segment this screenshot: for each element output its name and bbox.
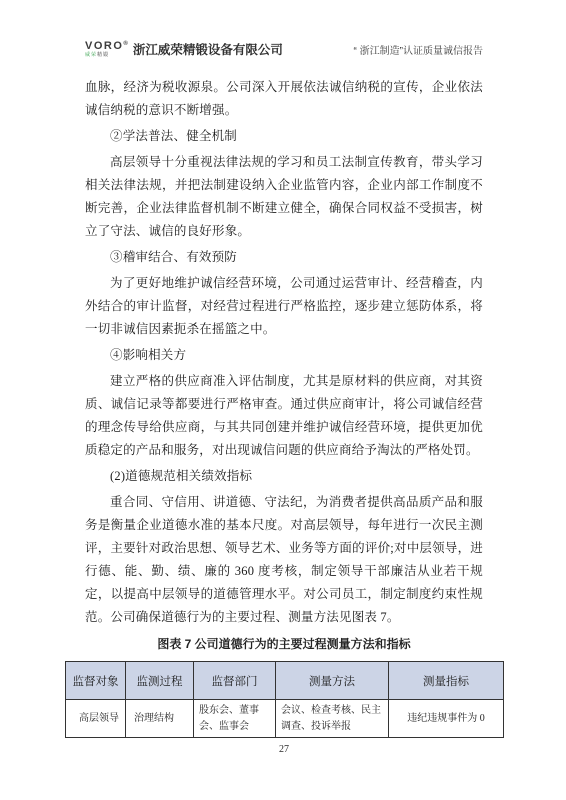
column-header-monitoring-process: 监测过程 xyxy=(126,662,194,700)
paragraph: 建立严格的供应商准入评估制度，尤其是原材料的供应商，对其资质、诚信记录等都要进行… xyxy=(85,370,483,462)
ethics-measurement-table: 监督对象 监测过程 监督部门 测量方法 测量指标 高层领导 治理结构 股东会、董… xyxy=(65,661,504,738)
company-name: 浙江威荣精锻设备有限公司 xyxy=(133,40,283,58)
paragraph: 高层领导十分重视法律法规的学习和员工法制宣传教育，带头学习相关法律法规，并把法制… xyxy=(85,151,483,243)
section-heading-3: ③稽审结合、有效预防 xyxy=(85,246,483,269)
table-cell-dept: 股东会、董事会、监事会 xyxy=(194,700,276,738)
subsection-heading: (2)道德规范相关绩效指标 xyxy=(85,465,483,488)
page-header: VORO® 威荣精锻 浙江威荣精锻设备有限公司 “ 浙江制造”认证质量诚信报告 xyxy=(85,36,483,62)
table-cell-target: 高层领导 xyxy=(66,700,126,738)
column-header-supervision-target: 监督对象 xyxy=(66,662,126,700)
table-cell-process: 治理结构 xyxy=(126,700,194,738)
document-body: 血脉，经济为税收源泉。公司深入开展依法诚信纳税的宣传，企业依法诚信纳税的意识不断… xyxy=(85,76,483,629)
column-header-measurement-indicator: 测量指标 xyxy=(389,662,504,700)
logo-subtext-dark: 精锻 xyxy=(97,52,109,58)
registered-trademark-icon: ® xyxy=(123,41,127,47)
document-page: VORO® 威荣精锻 浙江威荣精锻设备有限公司 “ 浙江制造”认证质量诚信报告 … xyxy=(0,0,566,800)
paragraph: 为了更好地维护诚信经营环境，公司通过运营审计、经营稽查，内外结合的审计监督，对经… xyxy=(85,272,483,341)
page-number: 27 xyxy=(85,744,483,755)
column-header-supervision-dept: 监督部门 xyxy=(194,662,276,700)
section-heading-4: ④影响相关方 xyxy=(85,344,483,367)
table-header-row: 监督对象 监测过程 监督部门 测量方法 测量指标 xyxy=(66,662,504,700)
paragraph: 重合同、守信用、讲道德、守法纪，为消费者提供高品质产品和服务是衡量企业道德水准的… xyxy=(85,491,483,629)
logo-subtext-green: 威荣 xyxy=(85,52,97,58)
table-cell-indicator: 违纪违规事件为 0 xyxy=(389,700,504,738)
section-heading-2: ②学法普法、健全机制 xyxy=(85,125,483,148)
table-caption: 图表 7 公司道德行为的主要过程测量方法和指标 xyxy=(85,635,483,652)
table-cell-method: 会议、检查考核、民主调查、投诉举报 xyxy=(276,700,389,738)
report-title: “ 浙江制造”认证质量诚信报告 xyxy=(354,42,483,57)
logo-text: VORO xyxy=(85,40,123,52)
logo-subtext: 威荣精锻 xyxy=(85,53,128,58)
paragraph-continuation: 血脉，经济为税收源泉。公司深入开展依法诚信纳税的宣传，企业依法诚信纳税的意识不断… xyxy=(85,76,483,122)
company-logo: VORO® 威荣精锻 xyxy=(85,41,128,58)
column-header-measurement-method: 测量方法 xyxy=(276,662,389,700)
table-row: 高层领导 治理结构 股东会、董事会、监事会 会议、检查考核、民主调查、投诉举报 … xyxy=(66,700,504,738)
logo-wordmark: VORO® xyxy=(85,41,128,52)
